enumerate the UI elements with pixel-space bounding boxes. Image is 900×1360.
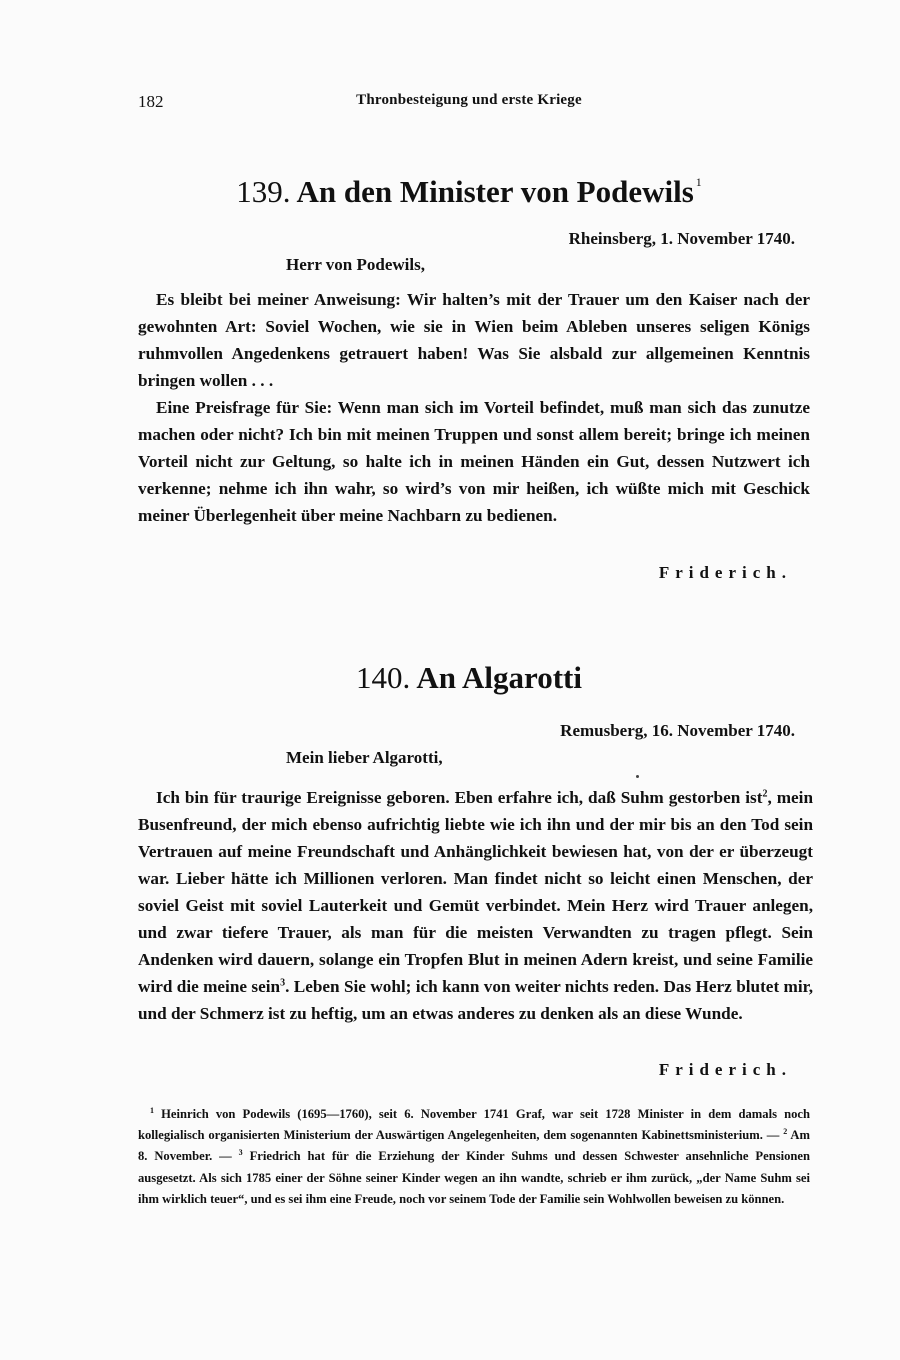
running-head: 182 Thronbesteigung und erste Kriege — [138, 92, 800, 116]
letter-number: 139. — [236, 174, 290, 209]
letter-title: An den Minister von Podewils — [297, 174, 694, 209]
footnote-ref: 1 — [696, 175, 702, 189]
running-title: Thronbesteigung und erste Kriege — [138, 92, 800, 109]
letter-140-body: Ich bin für traurige Ereignisse geboren.… — [138, 784, 813, 1027]
print-speck — [636, 775, 639, 778]
footnote-block: 1 Heinrich von Podewils (1695—1760), sei… — [138, 1104, 810, 1210]
paragraph: Eine Preisfrage für Sie: Wenn man sich i… — [138, 394, 810, 529]
letter-140-dateline: Remusberg, 16. November 1740. — [560, 721, 795, 741]
text-run: Ich bin für traurige Ereignisse geboren.… — [156, 788, 762, 807]
letter-140-salutation: Mein lieber Algarotti, — [286, 748, 443, 768]
text-run: , mein Busenfreund, der mich ebenso aufr… — [138, 788, 813, 996]
footnotes: 1 Heinrich von Podewils (1695—1760), sei… — [138, 1104, 810, 1210]
letter-number: 140. — [356, 660, 410, 695]
letter-140-heading: 140. An Algarotti — [138, 658, 800, 698]
paragraph: Es bleibt bei meiner Anweisung: Wir halt… — [138, 286, 810, 394]
letter-140-signature: Friderich. — [659, 1060, 792, 1080]
book-page: 182 Thronbesteigung und erste Kriege 139… — [0, 0, 900, 1360]
letter-139-body: Es bleibt bei meiner Anweisung: Wir halt… — [138, 286, 810, 529]
letter-139-heading: 139. An den Minister von Podewils1 — [138, 162, 800, 212]
letter-139-dateline: Rheinsberg, 1. November 1740. — [569, 229, 795, 249]
paragraph: Ich bin für traurige Ereignisse geboren.… — [138, 784, 813, 1027]
letter-139-salutation: Herr von Podewils, — [286, 255, 425, 275]
letter-title: An Algarotti — [416, 660, 582, 695]
letter-139-signature: Friderich. — [659, 563, 792, 583]
footnote-text: Heinrich von Podewils (1695—1760), seit … — [138, 1107, 810, 1142]
